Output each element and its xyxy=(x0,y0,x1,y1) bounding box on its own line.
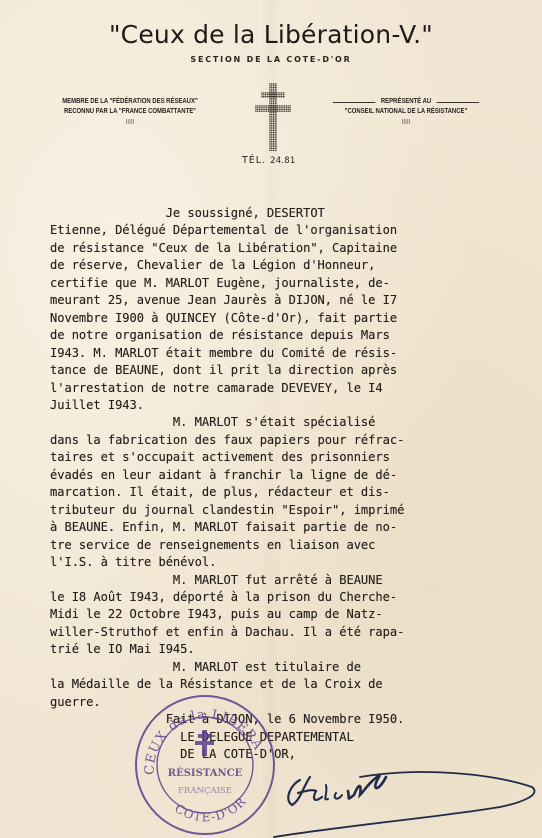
body-line: tre service de renseignements en liaison… xyxy=(50,537,542,554)
tel-number: 24.81 xyxy=(270,156,295,166)
body-line: Juillet I943. xyxy=(50,397,542,414)
federation-membership-block: MEMBRE DE LA "FÉDÉRATION DES RÉSEAUX" RE… xyxy=(58,97,203,128)
body-line: évadés en leur aidant à franchir la lign… xyxy=(50,467,542,484)
dotted-ornament-icon xyxy=(126,119,135,124)
body-line: de résistance "Ceux de la Libération", C… xyxy=(50,240,542,257)
body-line: tributeur du journal clandestin "Espoir"… xyxy=(50,502,542,519)
svg-text:FRANÇAISE: FRANÇAISE xyxy=(178,786,232,796)
letterhead-title: "Ceux de la Libération-V." xyxy=(0,20,542,49)
body-line: Midi le 22 Octobre I943, puis au camp de… xyxy=(50,606,542,623)
signature xyxy=(270,755,542,838)
body-line: l'arrestation de notre camarade DEVEVEY,… xyxy=(50,380,542,397)
federation-line-2: RECONNU PAR LA "FRANCE COMBATTANTE" xyxy=(58,107,203,117)
svg-text:CEUX de la LIBERATION: CEUX de la LIBERATION xyxy=(132,692,265,775)
body-line: Fait à DIJON, le 6 Novembre I950. xyxy=(50,711,542,728)
body-line: Je soussigné, DESERTOT xyxy=(50,205,542,222)
body-line: I943. M. MARLOT était membre du Comité d… xyxy=(50,345,542,362)
body-line: M. MARLOT s'était spécialisé xyxy=(50,414,542,431)
svg-text:COTE-D'OR: COTE-D'OR xyxy=(172,794,249,824)
federation-line-1: MEMBRE DE LA "FÉDÉRATION DES RÉSEAUX" xyxy=(58,97,203,107)
body-line: M. MARLOT est titulaire de xyxy=(50,659,542,676)
council-representation-block: REPRÉSENTÉ AU "CONSEIL NATIONAL DE LA RÉ… xyxy=(333,97,479,128)
body-line: à BEAUNE. Enfin, M. MARLOT faisait parti… xyxy=(50,519,542,536)
svg-text:RÉSISTANCE: RÉSISTANCE xyxy=(168,767,243,779)
council-line-2: "CONSEIL NATIONAL DE LA RÉSISTANCE" xyxy=(333,107,479,117)
body-line: meurant 25, avenue Jean Jaurès à DIJON, … xyxy=(50,292,542,309)
letterhead-subtitle: SECTION DE LA COTE-D'OR xyxy=(0,55,542,64)
council-line-1: REPRÉSENTÉ AU xyxy=(381,97,431,107)
body-line: de notre organisation de résistance depu… xyxy=(50,327,542,344)
body-line: dans la fabrication des faux papiers pou… xyxy=(50,432,542,449)
body-line: LE DELEGUE DEPARTEMENTAL xyxy=(50,729,542,746)
body-line: de réserve, Chevalier de la Légion d'Hon… xyxy=(50,257,542,274)
body-line: willer-Struthof et enfin à Dachau. Il a … xyxy=(50,624,542,641)
body-line: l'I.S. à titre bénévol. xyxy=(50,554,542,571)
certificate-body: Je soussigné, DESERTOTEtienne, Délégué D… xyxy=(50,205,542,764)
body-line: Novembre I900 à QUINCEY (Côte-d'Or), fai… xyxy=(50,310,542,327)
body-line: M. MARLOT fut arrêté à BEAUNE xyxy=(50,572,542,589)
tel-label: TÉL. xyxy=(242,155,266,166)
body-line: le I8 Août I943, déporté à la prison du … xyxy=(50,589,542,606)
resistance-stamp-icon: CEUX de la LIBERATION COTE-D'OR RÉSISTAN… xyxy=(132,692,278,838)
body-line: guerre. xyxy=(50,694,542,711)
dotted-ornament-icon xyxy=(402,119,411,124)
body-line: Etienne, Délégué Départemental de l'orga… xyxy=(50,222,542,239)
body-line: la Médaille de la Résistance et de la Cr… xyxy=(50,676,542,693)
body-line: tance de BEAUNE, dont il prit la directi… xyxy=(50,362,542,379)
document-page: "Ceux de la Libération-V." SECTION DE LA… xyxy=(0,0,542,838)
body-line: trié le IO Mai I945. xyxy=(50,641,542,658)
body-line: marcation. Il était, de plus, rédacteur … xyxy=(50,484,542,501)
telephone: TÉL. 24.81 xyxy=(242,155,296,166)
cross-of-lorraine-icon xyxy=(255,83,291,151)
body-line: certifie que M. MARLOT Eugène, journalis… xyxy=(50,275,542,292)
body-line: taires et s'occupait activement des pris… xyxy=(50,449,542,466)
